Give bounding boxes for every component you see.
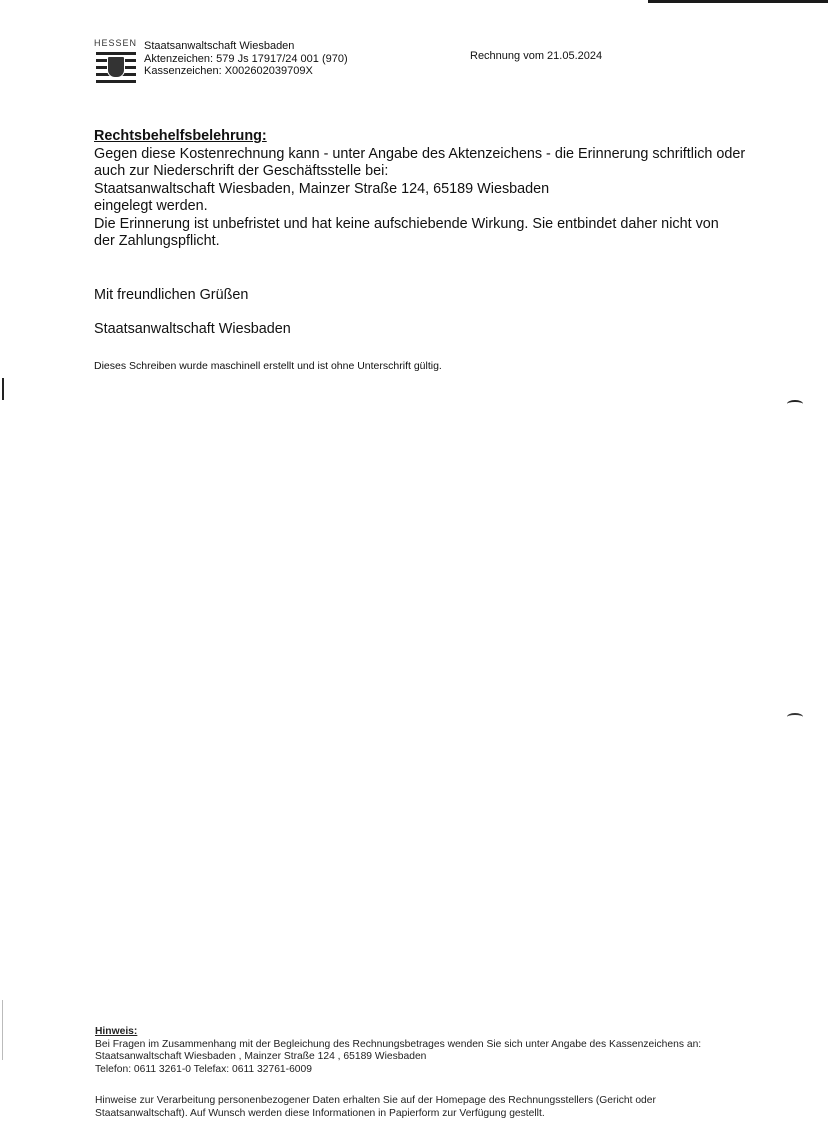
hint-line: Bei Fragen im Zusammenhang mit der Begle…: [95, 1039, 775, 1052]
privacy-line: Staatsanwaltschaft). Auf Wunsch werden d…: [95, 1108, 775, 1121]
authority-name: Staatsanwaltschaft Wiesbaden: [144, 40, 348, 53]
punch-mark-artifact: [787, 713, 803, 721]
scan-edge-artifact: [648, 0, 828, 3]
privacy-line: Hinweise zur Verarbeitung personenbezoge…: [95, 1095, 775, 1108]
scan-mark-artifact: [2, 378, 4, 400]
hint-title: Hinweis:: [95, 1026, 775, 1039]
legal-notice-title: Rechtsbehelfsbelehrung:: [94, 128, 794, 146]
punch-mark-artifact: [787, 400, 803, 408]
cash-reference: Kassenzeichen: X002602039709X: [144, 65, 348, 78]
sender-block: Staatsanwaltschaft Wiesbaden Aktenzeiche…: [144, 40, 348, 78]
legal-notice-line: eingelegt werden.: [94, 198, 794, 216]
scan-mark-artifact: [2, 1000, 3, 1060]
closing-greeting: Mit freundlichen Grüßen: [94, 287, 248, 303]
legal-notice-line: Staatsanwaltschaft Wiesbaden, Mainzer St…: [94, 181, 794, 199]
machine-generated-note: Dieses Schreiben wurde maschinell erstel…: [94, 360, 442, 372]
footer-hint: Hinweis: Bei Fragen im Zusammenhang mit …: [95, 1026, 775, 1076]
hessen-logo: HESSEN: [94, 38, 138, 96]
legal-notice-line: Die Erinnerung ist unbefristet und hat k…: [94, 216, 794, 234]
legal-notice-line: der Zahlungspflicht.: [94, 233, 794, 251]
legal-notice: Rechtsbehelfsbelehrung: Gegen diese Kost…: [94, 128, 794, 251]
hint-line: Staatsanwaltschaft Wiesbaden , Mainzer S…: [95, 1051, 775, 1064]
hint-line: Telefon: 0611 3261-0 Telefax: 0611 32761…: [95, 1064, 775, 1077]
file-number: Aktenzeichen: 579 Js 17917/24 001 (970): [144, 53, 348, 66]
legal-notice-line: auch zur Niederschrift der Geschäftsstel…: [94, 163, 794, 181]
logo-text: HESSEN: [94, 38, 138, 48]
invoice-date: Rechnung vom 21.05.2024: [470, 50, 602, 62]
lion-shield-icon: [107, 56, 125, 78]
signature: Staatsanwaltschaft Wiesbaden: [94, 321, 291, 337]
privacy-notice: Hinweise zur Verarbeitung personenbezoge…: [95, 1095, 775, 1120]
legal-notice-line: Gegen diese Kostenrechnung kann - unter …: [94, 146, 794, 164]
